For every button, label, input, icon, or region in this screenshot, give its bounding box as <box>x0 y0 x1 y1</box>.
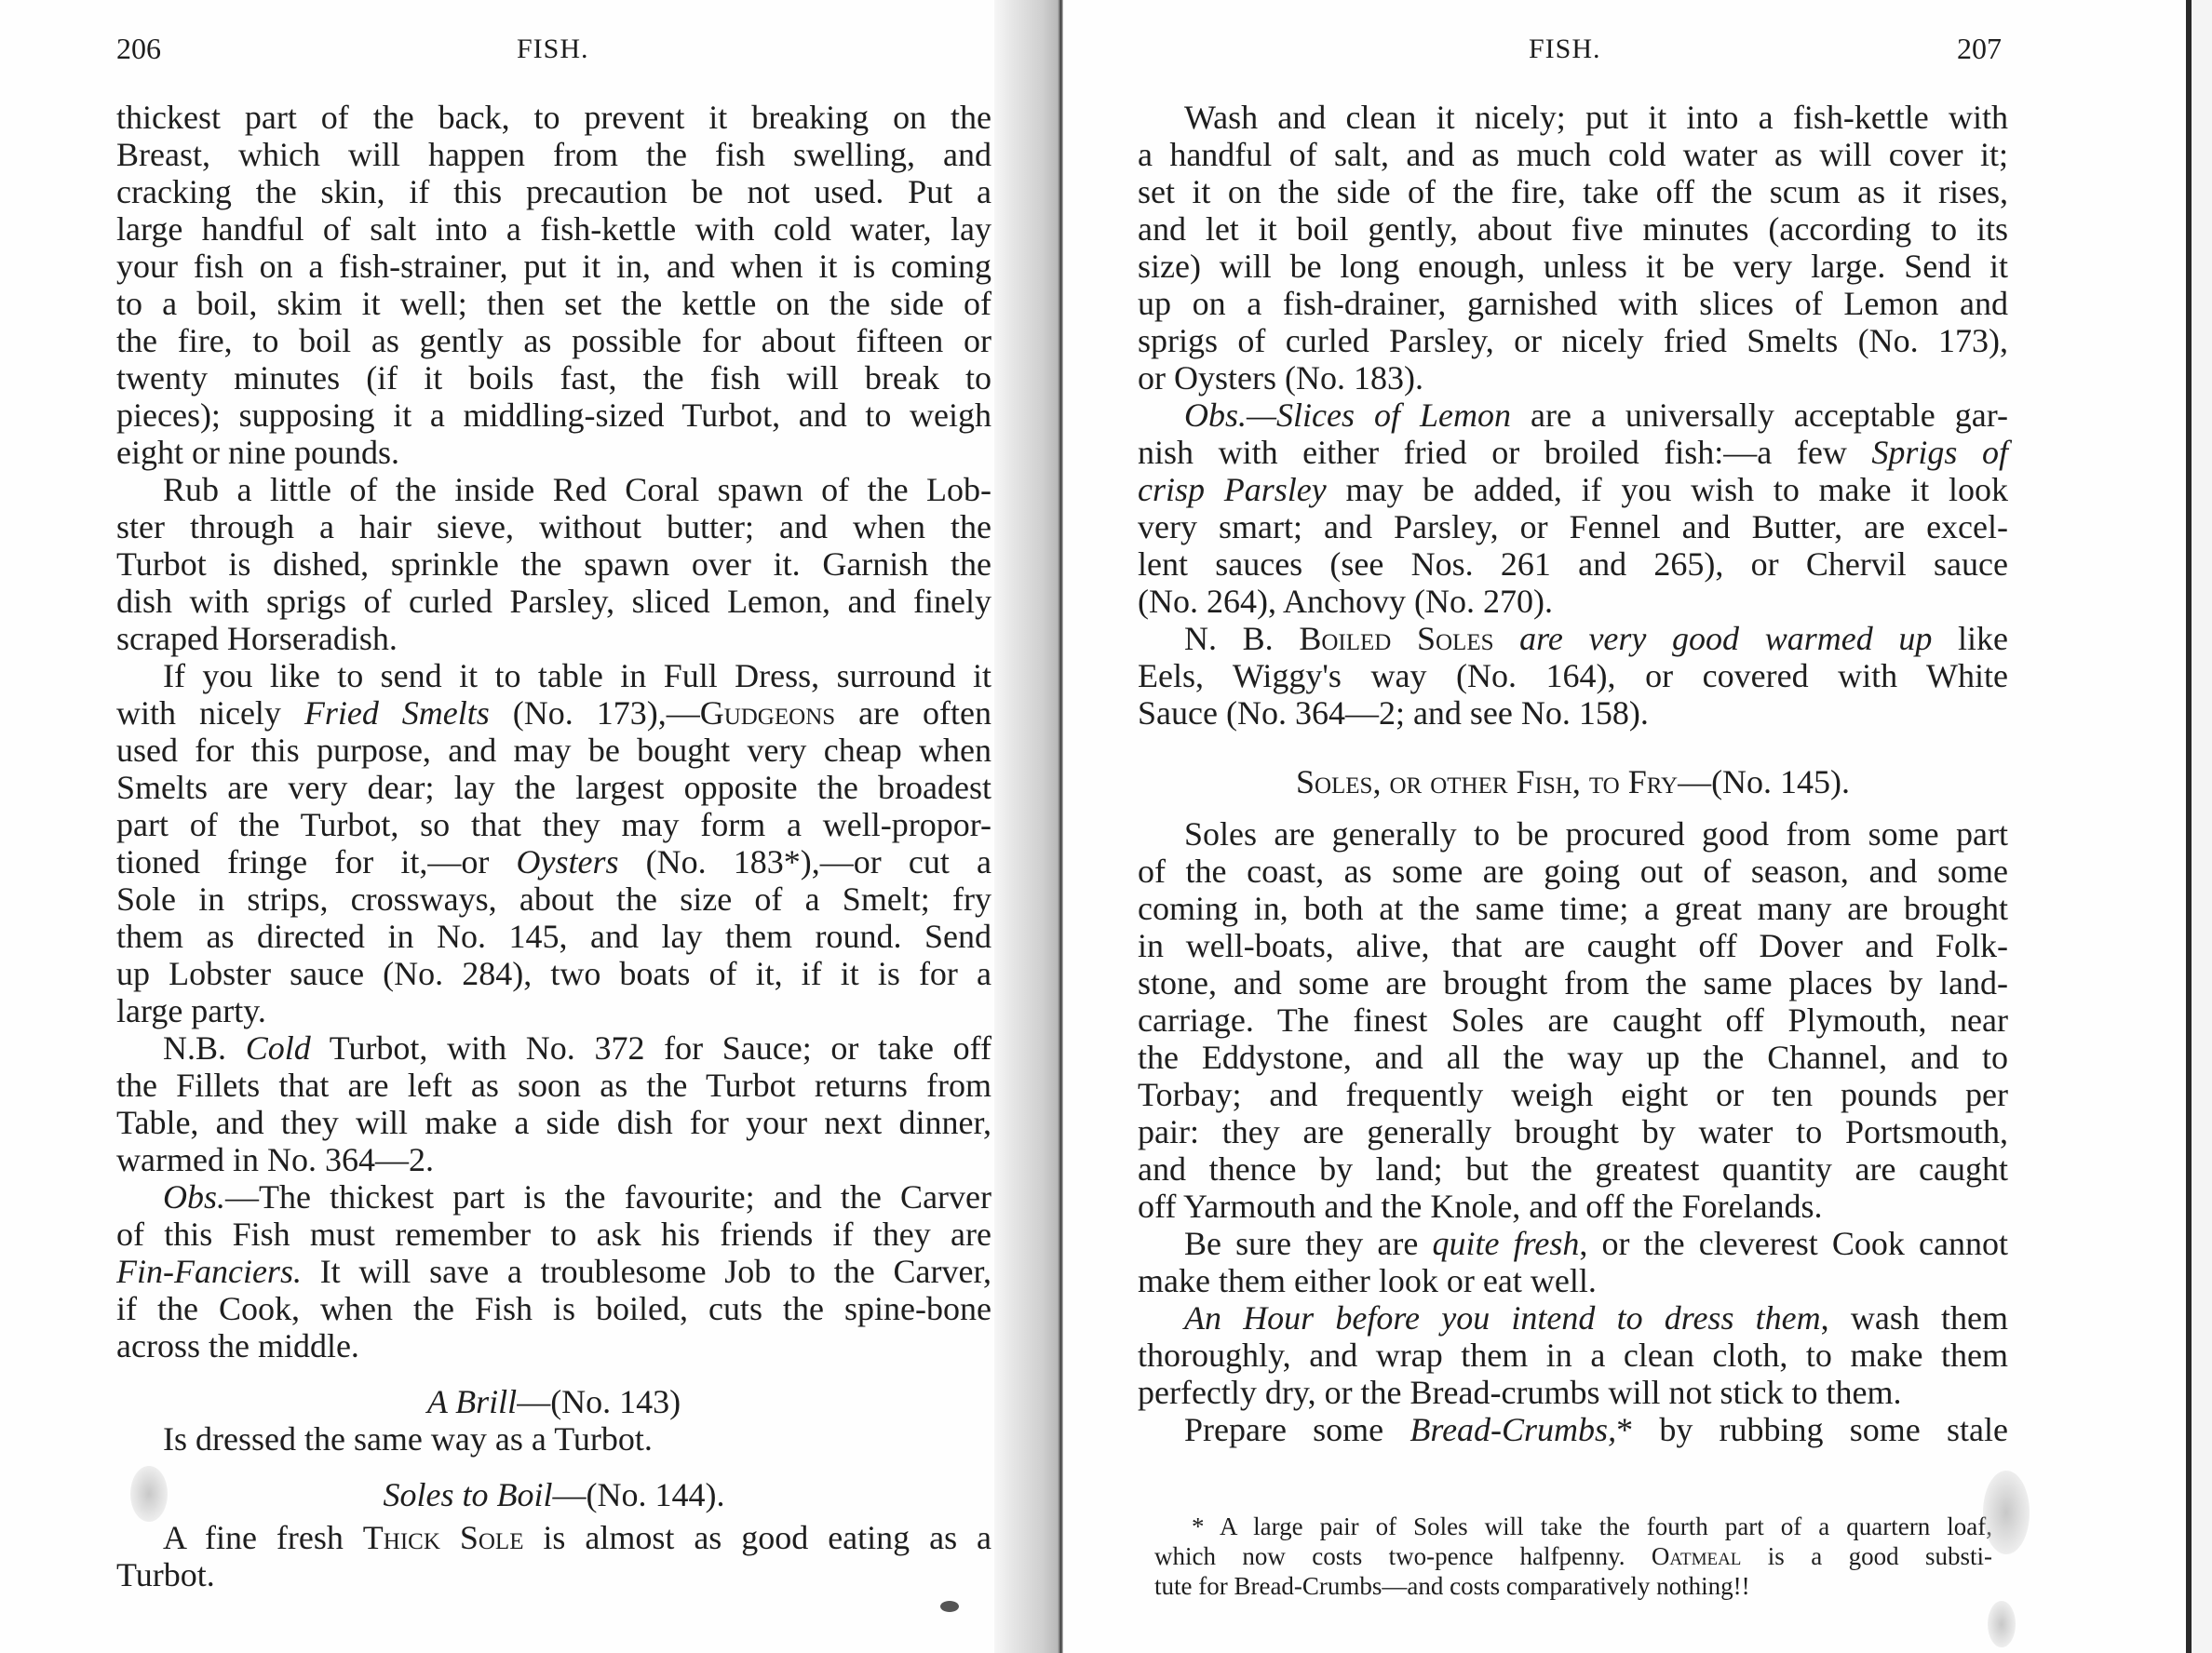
text-line: Turbot. <box>116 1556 991 1593</box>
italic-run: quite fresh <box>1433 1225 1580 1262</box>
text-line: perfectly dry, or the Bread-crumbs will … <box>1138 1374 2008 1411</box>
text-line: lent sauces (see Nos. 261 and 265), or C… <box>1138 545 2008 583</box>
ink-spot <box>940 1601 959 1612</box>
text-line: ster through a hair sieve, without butte… <box>116 508 991 545</box>
small-caps-run: Gudgeons <box>700 694 835 732</box>
text-run: like <box>1932 620 2008 657</box>
text-run: N. B. <box>1184 620 1299 657</box>
italic-run: Sprigs of <box>1871 434 2008 471</box>
scan-margin <box>2192 0 2212 1653</box>
text-run: are often <box>835 694 991 732</box>
spacer <box>1138 800 2008 815</box>
text-run: It will save a troublesome Job to the Ca… <box>302 1253 991 1290</box>
italic-run: An Hour before you intend to dress them <box>1184 1299 1821 1337</box>
text-line: Eels, Wiggy's way (No. 164), or covered … <box>1138 657 2008 694</box>
italic-run: Bread-Crumbs, <box>1409 1411 1616 1448</box>
text-run: A fine fresh <box>163 1519 363 1556</box>
text-line: Rub a little of the inside Red Coral spa… <box>116 471 991 508</box>
text-line: the Eddystone, and all the way up the Ch… <box>1138 1039 2008 1076</box>
text-run: Turbot, with No. 372 for Sauce; or take … <box>311 1029 991 1067</box>
text-line: up Lobster sauce (No. 284), two boats of… <box>116 955 991 992</box>
text-run: —(No. 144). <box>553 1476 725 1513</box>
text-run: nish with either fried or broiled fish:—… <box>1138 434 1871 471</box>
text-line: large handful of salt into a fish-kettle… <box>116 210 991 248</box>
text-line: A fine fresh Thick Sole is almost as goo… <box>116 1519 991 1556</box>
spacer <box>116 1364 991 1383</box>
text-line: them as directed in No. 145, and lay the… <box>116 918 991 955</box>
text-line: a handful of salt, and as much cold wate… <box>1138 136 2008 173</box>
small-caps-run: Soles, or other Fish, to Fry <box>1296 763 1678 800</box>
left-page: 206 FISH. thickest part of the back, to … <box>0 0 1005 1653</box>
text-line: Be sure they are quite fresh, or the cle… <box>1138 1225 2008 1262</box>
text-line: sprigs of curled Parsley, or nicely frie… <box>1138 322 2008 359</box>
text-line: N. B. Boiled Soles are very good warmed … <box>1138 620 2008 657</box>
text-line: Turbot is dished, sprinkle the spawn ove… <box>116 545 991 583</box>
italic-run: Obs.—Slices of Lemon <box>1184 396 1511 434</box>
text-line: off Yarmouth and the Knole, and off the … <box>1138 1188 2008 1225</box>
text-line: Smelts are very dear; lay the largest op… <box>116 769 991 806</box>
small-caps-run: Boiled Soles <box>1299 620 1493 657</box>
paper-stain <box>1988 1601 2016 1647</box>
section-heading-soles-to-fry: Soles, or other Fish, to Fry—(No. 145). <box>1138 763 2008 800</box>
text-line: Sole in strips, crossways, about the siz… <box>116 880 991 918</box>
text-line: across the middle. <box>116 1327 991 1364</box>
text-line: tioned fringe for it,—or Oysters (No. 18… <box>116 843 991 880</box>
text-line: An Hour before you intend to dress them,… <box>1138 1299 2008 1337</box>
text-line: the fire, to boil as gently as possible … <box>116 322 991 359</box>
text-run: —(No. 145). <box>1678 763 1850 800</box>
text-line: very smart; and Parsley, or Fennel and B… <box>1138 508 2008 545</box>
text-run: is a good substi- <box>1741 1542 1992 1570</box>
running-head-left: FISH. <box>517 34 589 65</box>
text-line: up on a fish-drainer, garnished with sli… <box>1138 285 2008 322</box>
footnote: * A large pair of Soles will take the fo… <box>1154 1512 1992 1601</box>
text-line: in well-boats, alive, that are caught of… <box>1138 927 2008 964</box>
text-run: , or the cleverest Cook cannot <box>1579 1225 2008 1262</box>
text-line: nish with either fried or broiled fish:—… <box>1138 434 2008 471</box>
text-line: Obs.—The thickest part is the favourite;… <box>116 1178 991 1216</box>
text-run: (No. 173),— <box>490 694 700 732</box>
text-line: cracking the skin, if this precaution be… <box>116 173 991 210</box>
page-number-right: 207 <box>1957 32 2002 66</box>
text-run: N.B. <box>163 1029 246 1067</box>
spacer <box>1138 732 2008 763</box>
footnote-line: * A large pair of Soles will take the fo… <box>1154 1512 1992 1541</box>
italic-run: Oysters <box>517 843 619 880</box>
text-line: twenty minutes (if it boils fast, the fi… <box>116 359 991 396</box>
text-line: Wash and clean it nicely; put it into a … <box>1138 99 2008 136</box>
text-run: Be sure they are <box>1184 1225 1433 1262</box>
text-line: large party. <box>116 992 991 1029</box>
footnote-line: which now costs two-pence halfpenny. Oat… <box>1154 1541 1992 1571</box>
text-line: Sauce (No. 364—2; and see No. 158). <box>1138 694 2008 732</box>
page-number-left: 206 <box>116 32 161 66</box>
text-line: Table, and they will make a side dish fo… <box>116 1104 991 1141</box>
text-line: size) will be long enough, unless it be … <box>1138 248 2008 285</box>
text-line: pieces); supposing it a middling-sized T… <box>116 396 991 434</box>
text-line: if the Cook, when the Fish is boiled, cu… <box>116 1290 991 1327</box>
text-line: the Fillets that are left as soon as the… <box>116 1067 991 1104</box>
text-line: stone, and some are brought from the sam… <box>1138 964 2008 1001</box>
text-run: tioned fringe for it,—or <box>116 843 517 880</box>
text-line: Soles are generally to be procured good … <box>1138 815 2008 853</box>
text-run: with nicely <box>116 694 304 732</box>
text-line: (No. 264), Anchovy (No. 270). <box>1138 583 2008 620</box>
text-line: Torbay; and frequently weigh eight or te… <box>1138 1076 2008 1113</box>
text-run: , wash them <box>1821 1299 2008 1337</box>
italic-run: Cold <box>246 1029 311 1067</box>
text-run: —The thickest part is the favourite; and… <box>225 1178 991 1216</box>
paper-stain <box>130 1466 168 1522</box>
text-line: Obs.—Slices of Lemon are a universally a… <box>1138 396 2008 434</box>
text-line: Breast, which will happen from the fish … <box>116 136 991 173</box>
small-caps-run: Oatmeal <box>1652 1542 1742 1570</box>
left-body-text: thickest part of the back, to prevent it… <box>116 99 991 1593</box>
spacer <box>116 1458 991 1476</box>
section-heading-brill: A Brill—(No. 143) <box>116 1383 991 1420</box>
text-line: pair: they are generally brought by wate… <box>1138 1113 2008 1150</box>
text-line: N.B. Cold Turbot, with No. 372 for Sauce… <box>116 1029 991 1067</box>
text-line: Is dressed the same way as a Turbot. <box>116 1420 991 1458</box>
text-run: * by rubbing some stale <box>1616 1411 2008 1448</box>
italic-run: crisp Parsley <box>1138 471 1327 508</box>
text-run: Prepare some <box>1184 1411 1409 1448</box>
text-run: are a universally acceptable gar- <box>1511 396 2008 434</box>
text-line: with nicely Fried Smelts (No. 173),—Gudg… <box>116 694 991 732</box>
text-line: set it on the side of the fire, take off… <box>1138 173 2008 210</box>
footnote-line: tute for Bread-Crumbs—and costs comparat… <box>1154 1571 1992 1601</box>
text-line: make them either look or eat well. <box>1138 1262 2008 1299</box>
text-line: Prepare some Bread-Crumbs,* by rubbing s… <box>1138 1411 2008 1448</box>
text-line: carriage. The finest Soles are caught of… <box>1138 1001 2008 1039</box>
small-caps-run: Thick Sole <box>363 1519 524 1556</box>
running-head-right: FISH. <box>1529 34 1601 65</box>
text-line: coming in, both at the same time; a grea… <box>1138 890 2008 927</box>
text-line: dish with sprigs of curled Parsley, slic… <box>116 583 991 620</box>
text-line: and thence by land; but the greatest qua… <box>1138 1150 2008 1188</box>
text-line: and let it boil gently, about five minut… <box>1138 210 2008 248</box>
right-body-text: Wash and clean it nicely; put it into a … <box>1138 99 2008 1448</box>
italic-run: are very good warmed up <box>1494 620 1933 657</box>
text-run: which now costs two-pence halfpenny. <box>1154 1542 1652 1570</box>
text-line: used for this purpose, and may be bought… <box>116 732 991 769</box>
book-gutter <box>994 0 1063 1653</box>
text-line: thickest part of the back, to prevent it… <box>116 99 991 136</box>
italic-run: Obs. <box>163 1178 225 1216</box>
text-run: is almost as good eating as a <box>523 1519 991 1556</box>
italic-run: Soles to Boil <box>384 1476 553 1513</box>
text-line: of the coast, as some are going out of s… <box>1138 853 2008 890</box>
text-line: Fin-Fanciers. It will save a troublesome… <box>116 1253 991 1290</box>
text-line: your fish on a fish-strainer, put it in,… <box>116 248 991 285</box>
section-heading-soles-to-boil: Soles to Boil—(No. 144). <box>116 1476 991 1513</box>
italic-run: Fried Smelts <box>304 694 490 732</box>
text-line: or Oysters (No. 183). <box>1138 359 2008 396</box>
text-line: of this Fish must remember to ask his fr… <box>116 1216 991 1253</box>
text-line: If you like to send it to table in Full … <box>116 657 991 694</box>
text-run: (No. 183*),—or cut a <box>619 843 992 880</box>
italic-run: Fin-Fanciers. <box>116 1253 302 1290</box>
text-line: part of the Turbot, so that they may for… <box>116 806 991 843</box>
text-line: thoroughly, and wrap them in a clean clo… <box>1138 1337 2008 1374</box>
paper-stain <box>1983 1471 2030 1554</box>
text-line: warmed in No. 364—2. <box>116 1141 991 1178</box>
text-run: may be added, if you wish to make it loo… <box>1327 471 2008 508</box>
italic-run: A Brill <box>427 1383 517 1420</box>
text-line: crisp Parsley may be added, if you wish … <box>1138 471 2008 508</box>
text-line: eight or nine pounds. <box>116 434 991 471</box>
text-run: —(No. 143) <box>517 1383 681 1420</box>
text-line: scraped Horseradish. <box>116 620 991 657</box>
text-line: to a boil, skim it well; then set the ke… <box>116 285 991 322</box>
